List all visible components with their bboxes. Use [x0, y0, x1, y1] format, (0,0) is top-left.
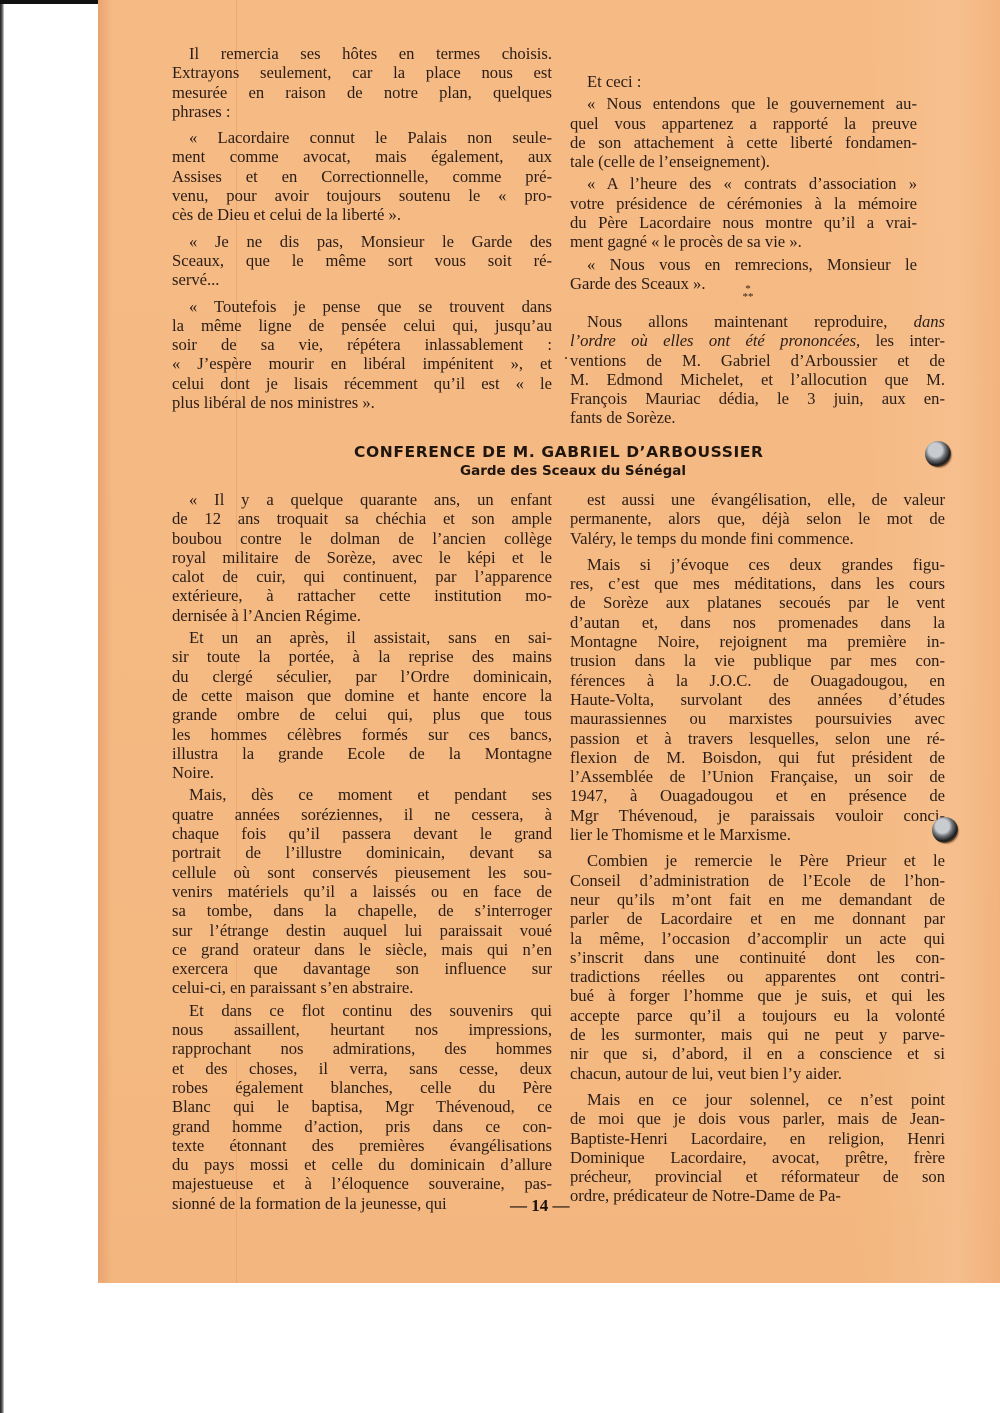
- text-line: ce grand orateur dans le siècle, mais qu…: [172, 940, 552, 959]
- paragraph: est aussi une évangélisation, elle, de v…: [570, 490, 945, 548]
- text-line: calot de cuir, qui continuent, par l’app…: [172, 567, 552, 586]
- text-line: portrait de l’illustre dominicain, devan…: [172, 843, 552, 862]
- text-line: bué à forger l’homme que je suis, et qui…: [570, 986, 945, 1005]
- text-line: servé...: [172, 270, 552, 289]
- text-line: du pays mossi et celle du dominicain d’a…: [172, 1155, 552, 1174]
- text-line: « A l’heure des « contrats d’association…: [570, 174, 917, 193]
- text-line: quatre années soréziennes, il ne cessera…: [172, 805, 552, 824]
- text-line: d’autan et, dans nos promenades dans la: [570, 613, 945, 632]
- text-line: tradictions réelles ou apparentes ont co…: [570, 967, 945, 986]
- text-line: illustra la grande Ecole de la Montagne: [172, 744, 552, 763]
- text-line: boubou contre le dolman de l’ancien coll…: [172, 529, 552, 548]
- text-line: accepte parce qu’il a toujours eu la vol…: [570, 1006, 945, 1025]
- text-line: royal militaire de Sorèze, avec le képi …: [172, 548, 552, 567]
- paragraph-gap: [172, 290, 552, 297]
- text-line: Conseil d’administration de l’Ecole de l…: [570, 871, 945, 890]
- punch-hole: [925, 441, 951, 467]
- text-line: cellule où sont conservés pieusement les…: [172, 863, 552, 882]
- intro-line-6: fants de Sorèze.: [570, 408, 945, 427]
- text-line: « Lacordaire connut le Palais non seule-: [172, 128, 552, 147]
- paragraph: Mais si j’évoque ces deux grandes figu-r…: [570, 555, 945, 844]
- text-line: res, c’est que mes méditations, dans les…: [570, 574, 945, 593]
- text-line: est aussi une évangélisation, elle, de v…: [570, 490, 945, 509]
- text-line: de Sorèze aux platanes secoués par le ve…: [570, 593, 945, 612]
- text-line: cès de Dieu et celui de la liberté ».: [172, 205, 552, 224]
- paragraph: Et un an après, il assistait, sans en sa…: [172, 628, 552, 782]
- text-line: trusion dans la vie publique par mes con…: [570, 651, 945, 670]
- text-line: passion et à travers lesquelles, selon u…: [570, 729, 945, 748]
- text-line: Baptiste-Henri Lacordaire, en religion, …: [570, 1129, 945, 1148]
- text-line: grande ombre de celui qui, plus que tous: [172, 705, 552, 724]
- paragraph-gap: [172, 225, 552, 232]
- text-line: Et dans ce flot continu des souvenirs qu…: [172, 1001, 552, 1020]
- text-line: grand homme d’action, pris dans ce con-: [172, 1117, 552, 1136]
- text-line: férences à la J.O.C. de Ouagadougou, en: [570, 671, 945, 690]
- text-line: quel vous appartenez a rapporté la preuv…: [570, 114, 917, 133]
- text-line: du Père Lacordaire nous montre qu’il a v…: [570, 213, 917, 232]
- text-line: robes également blanches, celle du Père: [172, 1078, 552, 1097]
- text-line: la même, l’occasion d’accomplir un acte …: [570, 929, 945, 948]
- intro-line-5: François Mauriac dédia, le 3 juin, aux e…: [570, 389, 945, 408]
- paragraph-gap: [570, 548, 945, 555]
- text-line: celui-ci, en paraissant s’en abstraire.: [172, 978, 552, 997]
- text-line: les hommes célèbres formés sur ces bancs…: [172, 725, 552, 744]
- text-line: plus libéral de nos ministres ».: [172, 393, 552, 412]
- paragraph: Et dans ce flot continu des souvenirs qu…: [172, 1001, 552, 1213]
- punch-hole: [932, 817, 958, 843]
- paragraph: Et ceci :: [570, 72, 917, 91]
- text-line: de moi que je dois vous parler, mais de …: [570, 1109, 945, 1128]
- text-line: texte étonnant des premières évangélisat…: [172, 1136, 552, 1155]
- text-line: phrases :: [172, 102, 552, 121]
- text-line: flexion de M. Boisdon, qui fut président…: [570, 748, 945, 767]
- paragraph-gap: [570, 844, 945, 851]
- intro-line-4: M. Edmond Michelet, et l’allocution que …: [570, 370, 945, 389]
- text-line: Valéry, le temps du monde fini commence.: [570, 529, 945, 548]
- paragraph: « Je ne dis pas, Monsieur le Garde desSc…: [172, 232, 552, 290]
- text-line: ordre, prédicateur de Notre-Dame de Pa-: [570, 1186, 945, 1205]
- column-bottom-right: est aussi une évangélisation, elle, de v…: [570, 490, 945, 1206]
- text-line: précheur, provincial et réformateur de s…: [570, 1167, 945, 1186]
- text-line: « Nous vous en remrecions, Monsieur le: [570, 255, 917, 274]
- text-line: rapprochant nos admirations, des hommes: [172, 1039, 552, 1058]
- text-line: votre présidence de cérémonies à la mémo…: [570, 194, 917, 213]
- text-line: nous assaillent, heurtant nos impression…: [172, 1020, 552, 1039]
- text-line: maurassiennes ou marxistes poursuivies a…: [570, 709, 945, 728]
- text-line: Extrayons seulement, car la place nous e…: [172, 63, 552, 82]
- intro-line-3: ventions de M. Gabriel d’Arboussier et d…: [570, 351, 945, 370]
- text-line: permanente, alors que, déjà selon le mot…: [570, 509, 945, 528]
- intro-line-1: Nous allons maintenant reproduire, dans: [570, 312, 945, 331]
- text-line: Haute-Volta, survolant des années d’étud…: [570, 690, 945, 709]
- text-line: majestueuse et à l’éloquence souveraine,…: [172, 1174, 552, 1193]
- paragraph: « Il y a quelque quarante ans, un enfant…: [172, 490, 552, 625]
- text-line: sur l’étrange destin auquel lui paraissa…: [172, 921, 552, 940]
- text-line: Et un an après, il assistait, sans en sa…: [172, 628, 552, 647]
- paragraph: « Nous entendons que le gouvernement au-…: [570, 94, 917, 171]
- intro-paragraph: Nous allons maintenant reproduire, dans …: [570, 312, 945, 428]
- paragraph-gap: [172, 121, 552, 128]
- section-separator-asterism: ***: [728, 285, 768, 301]
- text-line: 1947, à Ouagadougou et en présence de: [570, 786, 945, 805]
- heading-subtitle: Garde des Sceaux du Sénégal: [354, 462, 754, 480]
- text-line: Mais, dès ce moment et pendant ses: [172, 785, 552, 804]
- print-speck: [565, 357, 567, 359]
- text-line: du clergé séculier, par l’Ordre dominica…: [172, 667, 552, 686]
- text-line: « Il y a quelque quarante ans, un enfant: [172, 490, 552, 509]
- text-line: Combien je remercie le Père Prieur et le: [570, 851, 945, 870]
- text-line: ment comme avocat, mais également, aux: [172, 147, 552, 166]
- text-line: chaque fois qu’il passera devant le gran…: [172, 824, 552, 843]
- text-line: l’Assemblée de l’Union Française, un soi…: [570, 767, 945, 786]
- paragraph: Il remercia ses hôtes en termes choisis.…: [172, 44, 552, 121]
- text-line: soir de sa vie, répétera inlassablement …: [172, 335, 552, 354]
- text-line: et des choses, il verra, sans cesse, deu…: [172, 1059, 552, 1078]
- text-line: s’inscrit dans une continuité dont les c…: [570, 948, 945, 967]
- text-line: de 12 ans troquait sa chéchia et son amp…: [172, 509, 552, 528]
- paragraph: « Lacordaire connut le Palais non seule-…: [172, 128, 552, 224]
- text-line: la même ligne de pensée celui qui, jusqu…: [172, 316, 552, 335]
- text-line: Dominique Lacordaire, avocat, prêtre, fr…: [570, 1148, 945, 1167]
- text-line: mesurée en raison de notre plan, quelque…: [172, 83, 552, 102]
- text-line: dernisée à l’Ancien Régime.: [172, 606, 552, 625]
- text-line: de cette maison que domine et hante enco…: [172, 686, 552, 705]
- text-line: extérieure, à rattacher cette institutio…: [172, 586, 552, 605]
- text-line: de les surmonter, mais qui ne peut y par…: [570, 1025, 945, 1044]
- text-line: Et ceci :: [570, 72, 917, 91]
- text-line: Mais en ce jour solennel, ce n’est point: [570, 1090, 945, 1109]
- section-heading: CONFERENCE DE M. GABRIEL D’ARBOUSSIER Ga…: [354, 442, 754, 480]
- text-line: Blanc qui le baptisa, Mgr Thévenoud, ce: [172, 1097, 552, 1116]
- paragraph: Mais en ce jour solennel, ce n’est point…: [570, 1090, 945, 1206]
- scan-edge-shadow: [0, 0, 4, 1413]
- text-line: Montagne Noire, rejoignent ma première i…: [570, 632, 945, 651]
- text-line: « Nous entendons que le gouvernement au-: [570, 94, 917, 113]
- text-line: Mais si j’évoque ces deux grandes figu-: [570, 555, 945, 574]
- text-line: ment gagné « le procès de sa vie ».: [570, 232, 917, 251]
- paragraph: Combien je remercie le Père Prieur et le…: [570, 851, 945, 1083]
- text-line: venirs matériels qu’il a laissés ou en f…: [172, 882, 552, 901]
- text-line: Assises et en Correctionnelle, comme pré…: [172, 167, 552, 186]
- text-line: Il remercia ses hôtes en termes choisis.: [172, 44, 552, 63]
- paragraph: « Toutefois je pense que se trouvent dan…: [172, 297, 552, 413]
- paragraph-gap: [570, 1083, 945, 1090]
- paragraph: Mais, dès ce moment et pendant sesquatre…: [172, 785, 552, 997]
- column-top-right: Et ceci :« Nous entendons que le gouvern…: [570, 72, 917, 293]
- heading-title: CONFERENCE DE M. GABRIEL D’ARBOUSSIER: [354, 442, 754, 462]
- column-bottom-left: « Il y a quelque quarante ans, un enfant…: [172, 490, 552, 1213]
- text-line: Sceaux, que le même sort vous soit ré-: [172, 251, 552, 270]
- text-line: sir toute la portée, à la reprise des ma…: [172, 647, 552, 666]
- text-line: Noire.: [172, 763, 552, 782]
- text-line: Mgr Thévenoud, je paraissais vouloir con…: [570, 806, 945, 825]
- page-number: — 14 —: [510, 1196, 570, 1216]
- scan-corner-shadow: [0, 0, 110, 4]
- text-line: nir que si, d’abord, il en a conscience …: [570, 1044, 945, 1063]
- text-line: tale (celle de l’enseignement).: [570, 152, 917, 171]
- text-line: sa tombe, dans la chapelle, de s’interro…: [172, 901, 552, 920]
- text-line: sionné de la formation de la jeunesse, q…: [172, 1194, 552, 1213]
- column-top-left: Il remercia ses hôtes en termes choisis.…: [172, 44, 552, 412]
- text-line: « Toutefois je pense que se trouvent dan…: [172, 297, 552, 316]
- text-line: lier le Thomisme et le Marxisme.: [570, 825, 945, 844]
- text-line: exercera que davantage son influence sur: [172, 959, 552, 978]
- text-line: celui dont je lisais récemment qu’il est…: [172, 374, 552, 393]
- text-line: chacun, autour de lui, veut bien l’y aid…: [570, 1064, 945, 1083]
- text-line: parler de Lacordaire et en me donnant pa…: [570, 909, 945, 928]
- intro-line-2: l’ordre où elles ont été prononcées, les…: [570, 331, 945, 350]
- text-line: venu, pour avoir toujours soutenu le « p…: [172, 186, 552, 205]
- paragraph: « A l’heure des « contrats d’association…: [570, 174, 917, 251]
- text-line: neur qu’ils m’ont fait en me demandant d…: [570, 890, 945, 909]
- text-line: « J’espère mourir en libéral impénitent …: [172, 354, 552, 373]
- text-line: de son attachement à cette liberté fonda…: [570, 133, 917, 152]
- text-line: « Je ne dis pas, Monsieur le Garde des: [172, 232, 552, 251]
